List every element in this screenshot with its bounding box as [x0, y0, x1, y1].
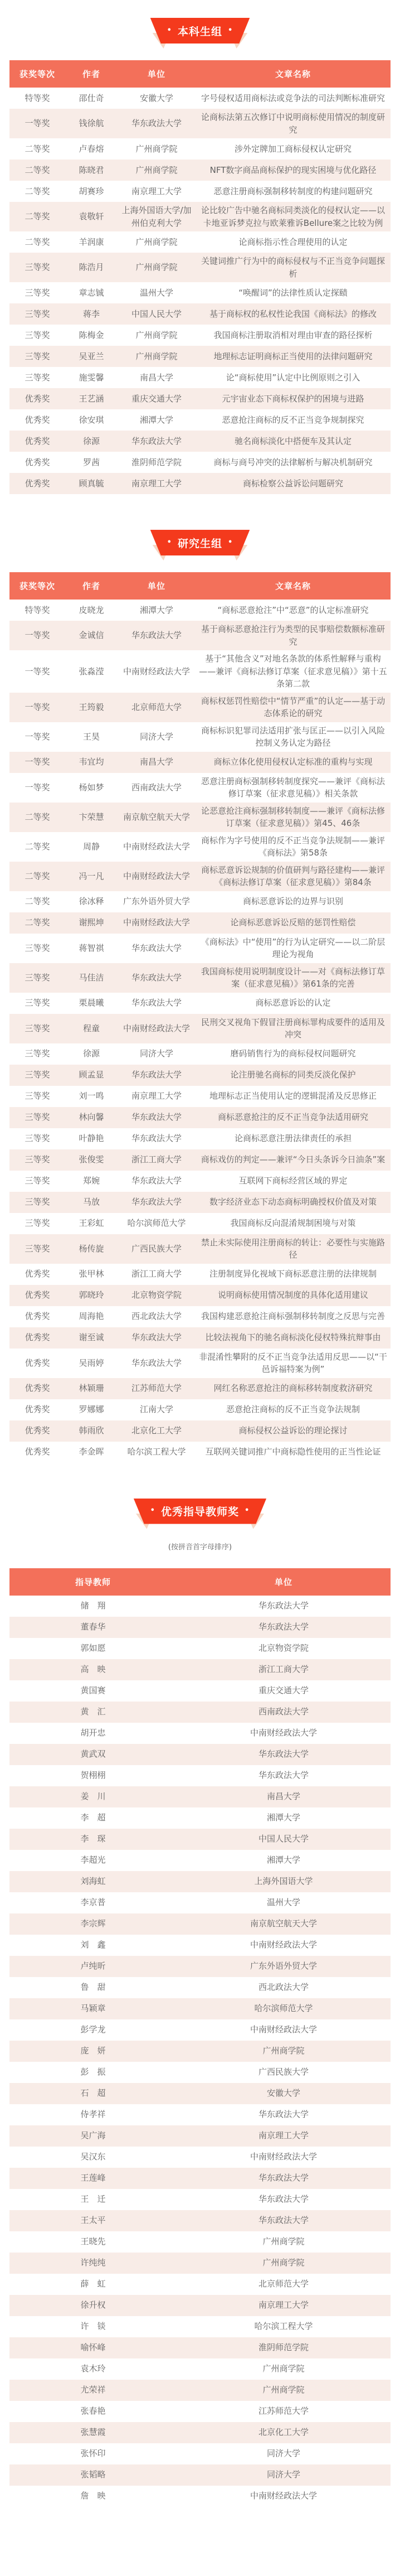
author-cell: 吴亚兰 [65, 346, 118, 367]
unit-cell: 广西民族大学 [118, 1234, 196, 1264]
unit-cell: 华东政法大学 [118, 1128, 196, 1149]
unit-cell: 安徽大学 [118, 88, 196, 109]
author-cell: 栗晨曦 [65, 993, 118, 1014]
article-title-cell: 商标作为字号使用的反不正当竞争法规制——兼评《商标法》第58条 [196, 832, 391, 862]
author-cell: 蒋李 [65, 303, 118, 325]
table-header-row: 获奖等次 作者 单位 文章名称 [9, 572, 391, 600]
unit-cell: 南京航空航天大学 [177, 1913, 391, 1935]
article-title-cell: 论商标恶意诉讼反赔的惩罚性赔偿 [196, 912, 391, 934]
table-row: 三等奖 陈浩月 广州商学院 关键词推广行为中的商标侵权与不正当竞争问题探析 [9, 253, 391, 282]
article-title-cell: 恶意抢注商标的反不正当竞争法规制 [196, 1399, 391, 1420]
table-row: 徐升权 南京理工大学 [9, 2295, 391, 2316]
table-row: 特等奖 皮晓龙 湘潭大学 “商标恶意抢注”中“恶意”的认定标准研究 [9, 600, 391, 621]
table-row: 黄国赛 重庆交通大学 [9, 1680, 391, 1702]
table-row: 一等奖 王昊 同济大学 商标标识犯罪司法适用扩张与匡正——以引入风险控制义务认定… [9, 722, 391, 752]
author-cell: 周海艳 [65, 1306, 118, 1327]
table-row: 喻怀峰 淮阴师范学院 [9, 2337, 391, 2358]
author-cell: 韩雨欣 [65, 1420, 118, 1442]
unit-cell: 温州大学 [177, 1892, 391, 1913]
bullet-dot-icon: • [245, 1507, 250, 1514]
table-row: 三等奖 郑婉 华东政法大学 互联网下商标经营区域的界定 [9, 1171, 391, 1192]
table-row: 优秀奖 王艺涵 重庆交通大学 元宇宙业态下商标权保护的困境与进路 [9, 388, 391, 409]
unit-cell: 华东政法大学 [118, 1171, 196, 1192]
table-row: 一等奖 杨如梦 西南政法大学 恶意注册商标强制移转制度探究——兼评《商标法修订草… [9, 773, 391, 803]
teacher-name-cell: 徐升权 [9, 2295, 177, 2316]
table-row: 二等奖 冯一凡 中南财经政法大学 商标恶意诉讼规制的价值研判与路径建构——兼评《… [9, 862, 391, 891]
section-graduate: • 研究生组 • 获奖等次 作者 单位 文章名称 特等奖 [0, 530, 400, 1463]
author-cell: 李金晖 [65, 1442, 118, 1463]
article-title-cell: 互联网下商标经营区域的界定 [196, 1171, 391, 1192]
award-level-cell: 二等奖 [9, 912, 65, 934]
unit-cell: 华东政法大学 [118, 993, 196, 1014]
table-row: 优秀奖 郭晓玲 北京物资学院 说明商标使用情况制度的具体化适用建议 [9, 1285, 391, 1306]
article-title-cell: 论恶意抢注商标强制移转制度——兼评《商标法修订草案（征求意见稿）》第45、46条 [196, 803, 391, 832]
article-title-cell: 论商标指示性合理使用的认定 [196, 231, 391, 253]
teacher-name-cell: 董春华 [9, 1617, 177, 1638]
award-level-cell: 优秀奖 [9, 1442, 65, 1463]
article-title-cell: 恶意抢注商标的反不正当竞争规制探究 [196, 409, 391, 431]
award-level-cell: 二等奖 [9, 891, 65, 912]
article-title-cell: 基于“其他含义”对地名条款的体系性解释与重构——兼评《商标法修订草案（征求意见稿… [196, 650, 391, 693]
teacher-name-cell: 储 翔 [9, 1596, 177, 1617]
teacher-name-cell: 尤荣祥 [9, 2380, 177, 2401]
article-title-cell: 地理标志正当使用认定的逻辑混淆及反思修正 [196, 1086, 391, 1107]
table-row: 姜 川 南昌大学 [9, 1786, 391, 1807]
table-row: 三等奖 施雯馨 南昌大学 论“商标使用”认定中比例原则之引入 [9, 367, 391, 388]
unit-cell: 江南大学 [118, 1399, 196, 1420]
sort-order-note: (按拼音首字母排序) [0, 1541, 400, 1552]
article-title-cell: 论商标恶意注册法律责任的承担 [196, 1128, 391, 1149]
unit-cell: 上海外国语大学 [177, 1871, 391, 1892]
table-row: 彭 振 广西民族大学 [9, 2062, 391, 2083]
author-cell: 刘一鸣 [65, 1086, 118, 1107]
author-cell: 王筠毅 [65, 693, 118, 722]
undergraduate-ribbon-badge: • 本科生组 • [150, 18, 250, 44]
unit-cell: 广州商学院 [118, 160, 196, 181]
unit-cell: 华东政法大学 [177, 2104, 391, 2125]
teacher-name-cell: 庞 妍 [9, 2041, 177, 2062]
author-cell: 陈梅金 [65, 325, 118, 346]
article-title-cell: 基于商标恶意抢注行为类型的民事赔偿数额标准研究 [196, 621, 391, 650]
award-level-cell: 三等奖 [9, 1213, 65, 1234]
award-level-cell: 三等奖 [9, 325, 65, 346]
unit-cell: 华东政法大学 [118, 621, 196, 650]
badge-face: • 优秀指导教师奖 • [134, 1499, 267, 1524]
author-cell: 胡赛珍 [65, 181, 118, 202]
teacher-name-cell: 王晓先 [9, 2231, 177, 2253]
table-row: 二等奖 谢熙坤 中南财经政法大学 论商标恶意诉讼反赔的惩罚性赔偿 [9, 912, 391, 934]
award-level-cell: 二等奖 [9, 138, 65, 160]
column-header-author: 作者 [65, 572, 118, 600]
author-cell: 叶静艳 [65, 1128, 118, 1149]
author-cell: 王昊 [65, 722, 118, 752]
award-level-cell: 三等奖 [9, 367, 65, 388]
author-cell: 张淼滢 [65, 650, 118, 693]
table-row: 三等奖 章志铖 温州大学 “唤醒词”的法律性质认定探赜 [9, 282, 391, 303]
table-row: 二等奖 胡赛珍 南京理工大学 恶意注册商标强制移转制度的构建问题研究 [9, 181, 391, 202]
teacher-name-cell: 贺栩栩 [9, 1765, 177, 1786]
award-level-cell: 三等奖 [9, 253, 65, 282]
badge-label: 研究生组 [178, 535, 222, 550]
teacher-name-cell: 黄国赛 [9, 1680, 177, 1702]
teacher-name-cell: 黄武双 [9, 1744, 177, 1765]
unit-cell: 华东政法大学 [177, 1596, 391, 1617]
author-cell: 陈晓君 [65, 160, 118, 181]
table-row: 三等奖 栗晨曦 华东政法大学 商标恶意诉讼的认定 [9, 993, 391, 1014]
article-title-cell: 地理标志证明商标正当使用的法律问题研究 [196, 346, 391, 367]
article-title-cell: 我国商标使用说明制度设计——对《商标法修订草案（征求意见稿）》第61条的完善 [196, 963, 391, 993]
unit-cell: 广州商学院 [118, 138, 196, 160]
award-level-cell: 二等奖 [9, 832, 65, 862]
teacher-name-cell: 刘 鑫 [9, 1935, 177, 1956]
article-title-cell: “商标恶意抢注”中“恶意”的认定标准研究 [196, 600, 391, 621]
table-row: 优秀奖 顾真毓 南京理工大学 商标检察公益诉讼问题研究 [9, 473, 391, 494]
teacher-name-cell: 张慧霞 [9, 2422, 177, 2443]
unit-cell: 广州商学院 [177, 2253, 391, 2274]
unit-cell: 北京化工大学 [118, 1420, 196, 1442]
table-row: 三等奖 林向馨 华东政法大学 商标恶意抢注的反不正当竞争法适用研究 [9, 1107, 391, 1128]
table-row: 张春艳 江苏师范大学 [9, 2401, 391, 2422]
column-header-title: 文章名称 [196, 572, 391, 600]
unit-cell: 广州商学院 [118, 231, 196, 253]
unit-cell: 南昌大学 [177, 1786, 391, 1807]
award-level-cell: 三等奖 [9, 934, 65, 963]
table-row: 李 超 湘潭大学 [9, 1807, 391, 1829]
unit-cell: 中国人民大学 [118, 303, 196, 325]
table-row: 董春华 华东政法大学 [9, 1617, 391, 1638]
award-level-cell: 三等奖 [9, 1107, 65, 1128]
unit-cell: 华东政法大学 [118, 934, 196, 963]
award-level-cell: 二等奖 [9, 160, 65, 181]
table-row: 黄 汇 西南政法大学 [9, 1702, 391, 1723]
unit-cell: 南京航空航天大学 [118, 803, 196, 832]
award-level-cell: 优秀奖 [9, 431, 65, 452]
award-level-cell: 一等奖 [9, 650, 65, 693]
table-row: 储 翔 华东政法大学 [9, 1596, 391, 1617]
bullet-dot-icon: • [228, 539, 233, 546]
award-level-cell: 三等奖 [9, 1192, 65, 1213]
author-cell: 林颖珊 [65, 1378, 118, 1399]
unit-cell: 西北政法大学 [118, 1306, 196, 1327]
unit-cell: 重庆交通大学 [118, 388, 196, 409]
table-row: 三等奖 蒋李 中国人民大学 基于商标权的私权性论我国《商标法》的修改 [9, 303, 391, 325]
unit-cell: 重庆交通大学 [177, 1680, 391, 1702]
section-advisors: • 优秀指导教师奖 • (按拼音首字母排序) 指导教师 单位 储 翔 华东政法大… [0, 1499, 400, 2507]
undergraduate-awards-table: 获奖等次 作者 单位 文章名称 特等奖 邵仕奇 安徽大学 字号侵权适用商标法或竞… [9, 60, 391, 494]
unit-cell: 华东政法大学 [118, 109, 196, 138]
article-title-cell: 商标标识犯罪司法适用扩张与匡正——以引入风险控制义务认定为路径 [196, 722, 391, 752]
author-cell: 罗娜娜 [65, 1399, 118, 1420]
table-row: 张慧霞 北京化工大学 [9, 2422, 391, 2443]
author-cell: 张甲林 [65, 1264, 118, 1285]
badge-label: 优秀指导教师奖 [161, 1504, 239, 1519]
advisors-table: 指导教师 单位 储 翔 华东政法大学 董春华 华东政法大学 [9, 1568, 391, 2507]
table-row: 三等奖 马放 华东政法大学 数字经济业态下动态商标明确授权价值及对策 [9, 1192, 391, 1213]
table-row: 二等奖 羊润康 广州商学院 论商标指示性合理使用的认定 [9, 231, 391, 253]
author-cell: 蒋智祺 [65, 934, 118, 963]
table-row: 二等奖 陈晓君 广州商学院 NFT数字商品商标保护的现实困境与优化路径 [9, 160, 391, 181]
author-cell: 卞荣慧 [65, 803, 118, 832]
teacher-name-cell: 高 映 [9, 1659, 177, 1680]
article-title-cell: 互联网关键词推广中商标隐性使用的正当性论证 [196, 1442, 391, 1463]
table-row: 郭如愿 北京物资学院 [9, 1638, 391, 1659]
author-cell: 袁敬轩 [65, 202, 118, 231]
unit-cell: 南昌大学 [118, 752, 196, 773]
table-row: 许纯纯 广州商学院 [9, 2253, 391, 2274]
unit-cell: 北京师范大学 [177, 2274, 391, 2295]
article-title-cell: 数字经济业态下动态商标明确授权价值及对策 [196, 1192, 391, 1213]
author-cell: 杨如梦 [65, 773, 118, 803]
article-title-cell: 我国构建恶意抢注商标强制移转制度之反思与完善 [196, 1306, 391, 1327]
unit-cell: 中南财经政法大学 [118, 862, 196, 891]
author-cell: 程童 [65, 1014, 118, 1043]
author-cell: 周静 [65, 832, 118, 862]
author-cell: 杨传旋 [65, 1234, 118, 1264]
table-row: 李 琛 中国人民大学 [9, 1829, 391, 1850]
unit-cell: 华东政法大学 [118, 431, 196, 452]
author-cell: 卢春熔 [65, 138, 118, 160]
unit-cell: 中国人民大学 [177, 1829, 391, 1850]
table-row: 贺栩栩 华东政法大学 [9, 1765, 391, 1786]
article-title-cell: “唤醒词”的法律性质认定探赜 [196, 282, 391, 303]
award-announcement-page: • 本科生组 • 获奖等次 作者 单位 文章名称 特等奖 [0, 0, 400, 2576]
column-header-teacher: 指导教师 [9, 1568, 177, 1596]
award-level-cell: 一等奖 [9, 693, 65, 722]
table-row: 二等奖 卢春熔 广州商学院 涉外定牌加工商标侵权认定研究 [9, 138, 391, 160]
table-row: 三等奖 王彩虹 哈尔滨师范大学 我国商标反向混淆规制困境与对策 [9, 1213, 391, 1234]
graduate-ribbon-badge: • 研究生组 • [150, 530, 250, 555]
unit-cell: 同济大学 [118, 722, 196, 752]
table-row: 李京普 温州大学 [9, 1892, 391, 1913]
article-title-cell: 禁止未实际使用注册商标的转让：必要性与实施路径 [196, 1234, 391, 1264]
article-title-cell: 注册制度异化视域下商标恶意注册的法律规制 [196, 1264, 391, 1285]
article-title-cell: 说明商标使用情况制度的具体化适用建议 [196, 1285, 391, 1306]
unit-cell: 广州商学院 [177, 2380, 391, 2401]
award-level-cell: 优秀奖 [9, 1306, 65, 1327]
article-title-cell: 基于商标权的私权性论我国《商标法》的修改 [196, 303, 391, 325]
table-row: 马颖章 哈尔滨师范大学 [9, 1998, 391, 2019]
unit-cell: 华东政法大学 [177, 2168, 391, 2189]
table-row: 二等奖 卞荣慧 南京航空航天大学 论恶意抢注商标强制移转制度——兼评《商标法修订… [9, 803, 391, 832]
author-cell: 陈浩月 [65, 253, 118, 282]
bullet-dot-icon: • [228, 27, 233, 34]
table-row: 三等奖 蒋智祺 华东政法大学 《商标法》中“使用”的行为认定研究——以二阶层理论… [9, 934, 391, 963]
author-cell: 谢熙坤 [65, 912, 118, 934]
table-row: 吴汉东 中南财经政法大学 [9, 2147, 391, 2168]
teacher-name-cell: 郭如愿 [9, 1638, 177, 1659]
award-level-cell: 优秀奖 [9, 1349, 65, 1378]
author-cell: 郭晓玲 [65, 1285, 118, 1306]
unit-cell: 北京物资学院 [118, 1285, 196, 1306]
teacher-name-cell: 张怀印 [9, 2443, 177, 2464]
unit-cell: 南京理工大学 [118, 473, 196, 494]
badge-label: 本科生组 [178, 23, 222, 38]
table-row: 三等奖 马佳洁 华东政法大学 我国商标使用说明制度设计——对《商标法修订草案（征… [9, 963, 391, 993]
unit-cell: 华东政法大学 [118, 1327, 196, 1349]
bullet-dot-icon: • [167, 27, 172, 34]
award-level-cell: 优秀奖 [9, 473, 65, 494]
award-level-cell: 三等奖 [9, 1043, 65, 1065]
column-header-author: 作者 [65, 60, 118, 88]
award-level-cell: 三等奖 [9, 993, 65, 1014]
table-row: 詹 映 中南财经政法大学 [9, 2486, 391, 2507]
award-level-cell: 二等奖 [9, 181, 65, 202]
article-title-cell: 商标恶意诉讼规制的价值研判与路径建构——兼评《商标法修订草案（征求意见稿）》第8… [196, 862, 391, 891]
table-row: 优秀奖 罗娜娜 江南大学 恶意抢注商标的反不正当竞争法规制 [9, 1399, 391, 1420]
article-title-cell: 商标戏仿的判定——兼评“今日头条诉今日油条”案 [196, 1149, 391, 1171]
unit-cell: 中南财经政法大学 [177, 2486, 391, 2507]
unit-cell: 中南财经政法大学 [177, 2019, 391, 2041]
unit-cell: 江苏师范大学 [177, 2401, 391, 2422]
article-title-cell: 商标权惩罚性赔偿中“情节严重”的认定——基于动态体系论的研究 [196, 693, 391, 722]
table-row: 胡开忠 中南财经政法大学 [9, 1723, 391, 1744]
unit-cell: 华东政法大学 [118, 1192, 196, 1213]
table-row: 刘 鑫 中南财经政法大学 [9, 1935, 391, 1956]
author-cell: 章志铖 [65, 282, 118, 303]
award-level-cell: 优秀奖 [9, 1264, 65, 1285]
award-level-cell: 优秀奖 [9, 1327, 65, 1349]
table-row: 李超光 湘潭大学 [9, 1850, 391, 1871]
badge-face: • 本科生组 • [150, 18, 250, 44]
teacher-name-cell: 王莲峰 [9, 2168, 177, 2189]
unit-cell: 中南财经政法大学 [118, 832, 196, 862]
teacher-name-cell: 詹 映 [9, 2486, 177, 2507]
table-row: 庞 妍 广州商学院 [9, 2041, 391, 2062]
table-row: 吴广海 南京理工大学 [9, 2125, 391, 2147]
award-level-cell: 一等奖 [9, 621, 65, 650]
teacher-name-cell: 张春艳 [9, 2401, 177, 2422]
unit-cell: 淮阴师范学院 [177, 2337, 391, 2358]
table-row: 优秀奖 吴雨婷 华东政法大学 非混淆性攀附的反不正当竞争法适用反思——以“干邑诉… [9, 1349, 391, 1378]
column-header-unit: 单位 [177, 1568, 391, 1596]
article-title-cell: 字号侵权适用商标法或竞争法的司法判断标准研究 [196, 88, 391, 109]
unit-cell: 广州商学院 [118, 325, 196, 346]
unit-cell: 同济大学 [177, 2443, 391, 2464]
table-row: 一等奖 钱徐航 华东政法大学 论商标法第五次修订中说明商标使用情况的制度研究 [9, 109, 391, 138]
author-cell: 徐源 [65, 431, 118, 452]
table-row: 二等奖 袁敬轩 上海外国语大学/加州伯克利大学 论比较广告中驰名商标同类淡化的侵… [9, 202, 391, 231]
award-level-cell: 特等奖 [9, 88, 65, 109]
unit-cell: 中南财经政法大学 [118, 1014, 196, 1043]
article-title-cell: 论注册驰名商标的同类反淡化保护 [196, 1065, 391, 1086]
bullet-dot-icon: • [167, 539, 172, 546]
unit-cell: 中南财经政法大学 [177, 2147, 391, 2168]
unit-cell: 华东政法大学 [177, 2210, 391, 2231]
award-level-cell: 一等奖 [9, 109, 65, 138]
teacher-name-cell: 侍孝祥 [9, 2104, 177, 2125]
table-row: 优秀奖 张甲林 浙江工商大学 注册制度异化视域下商标恶意注册的法律规制 [9, 1264, 391, 1285]
teacher-name-cell: 李宗辉 [9, 1913, 177, 1935]
table-row: 王 迁 华东政法大学 [9, 2189, 391, 2210]
table-row: 二等奖 徐冰释 广东外语外贸大学 商标恶意诉讼的边界与识别 [9, 891, 391, 912]
teacher-name-cell: 吴广海 [9, 2125, 177, 2147]
unit-cell: 湘潭大学 [118, 600, 196, 621]
author-cell: 皮晓龙 [65, 600, 118, 621]
table-row: 三等奖 徐源 同济大学 磨码销售行为的商标侵权问题研究 [9, 1043, 391, 1065]
award-level-cell: 优秀奖 [9, 452, 65, 473]
table-row: 三等奖 杨传旋 广西民族大学 禁止未实际使用注册商标的转让：必要性与实施路径 [9, 1234, 391, 1264]
article-title-cell: 《商标法》中“使用”的行为认定研究——以二阶层理论为视角 [196, 934, 391, 963]
table-row: 三等奖 陈梅金 广州商学院 我国商标注册取消相对理由审查的路径探析 [9, 325, 391, 346]
table-row: 一等奖 张淼滢 中南财经政法大学 基于“其他含义”对地名条款的体系性解释与重构—… [9, 650, 391, 693]
award-level-cell: 三等奖 [9, 1128, 65, 1149]
unit-cell: 湘潭大学 [177, 1807, 391, 1829]
teacher-name-cell: 卢纯昕 [9, 1956, 177, 1977]
table-row: 尤荣祥 广州商学院 [9, 2380, 391, 2401]
article-title-cell: 关键词推广行为中的商标侵权与不正当竞争问题探析 [196, 253, 391, 282]
teacher-name-cell: 张韬略 [9, 2464, 177, 2486]
article-title-cell: 磨码销售行为的商标侵权问题研究 [196, 1043, 391, 1065]
award-level-cell: 一等奖 [9, 752, 65, 773]
table-row: 优秀奖 徐源 华东政法大学 驰名商标淡化中搭便车及其认定 [9, 431, 391, 452]
teacher-name-cell: 许纯纯 [9, 2253, 177, 2274]
unit-cell: 南昌大学 [118, 367, 196, 388]
teacher-name-cell: 吴汉东 [9, 2147, 177, 2168]
teacher-name-cell: 薛 虹 [9, 2274, 177, 2295]
table-row: 薛 虹 北京师范大学 [9, 2274, 391, 2295]
table-row: 三等奖 顾孟显 华东政法大学 论注册驰名商标的同类反淡化保护 [9, 1065, 391, 1086]
article-title-cell: 商标与商号冲突的法律解析与解决机制研究 [196, 452, 391, 473]
table-row: 特等奖 邵仕奇 安徽大学 字号侵权适用商标法或竞争法的司法判断标准研究 [9, 88, 391, 109]
table-row: 李宗辉 南京航空航天大学 [9, 1913, 391, 1935]
teacher-name-cell: 李 琛 [9, 1829, 177, 1850]
unit-cell: 西南政法大学 [177, 1702, 391, 1723]
teacher-name-cell: 鲁 甜 [9, 1977, 177, 1998]
table-row: 许 锬 哈尔滨工程大学 [9, 2316, 391, 2337]
teacher-name-cell: 刘海虹 [9, 1871, 177, 1892]
unit-cell: 哈尔滨师范大学 [118, 1213, 196, 1234]
award-level-cell: 三等奖 [9, 1065, 65, 1086]
author-cell: 吴雨婷 [65, 1349, 118, 1378]
article-title-cell: 驰名商标淡化中搭便车及其认定 [196, 431, 391, 452]
section-undergraduate: • 本科生组 • 获奖等次 作者 单位 文章名称 特等奖 [0, 18, 400, 494]
table-row: 侍孝祥 华东政法大学 [9, 2104, 391, 2125]
table-row: 二等奖 周静 中南财经政法大学 商标作为字号使用的反不正当竞争法规制——兼评《商… [9, 832, 391, 862]
table-row: 卢纯昕 广东外语外贸大学 [9, 1956, 391, 1977]
award-level-cell: 二等奖 [9, 202, 65, 231]
unit-cell: 南京理工大学 [177, 2125, 391, 2147]
award-level-cell: 优秀奖 [9, 388, 65, 409]
table-row: 三等奖 程童 中南财经政法大学 民刑交叉视角下假冒注册商标罪构成要件的适用及冲突 [9, 1014, 391, 1043]
unit-cell: 哈尔滨师范大学 [177, 1998, 391, 2019]
table-row: 一等奖 金诚信 华东政法大学 基于商标恶意抢注行为类型的民事赔偿数额标准研究 [9, 621, 391, 650]
unit-cell: 哈尔滨工程大学 [177, 2316, 391, 2337]
table-row: 刘海虹 上海外国语大学 [9, 1871, 391, 1892]
article-title-cell: 商标立体化使用侵权认定标准的重构与实现 [196, 752, 391, 773]
article-title-cell: 商标检察公益诉讼问题研究 [196, 473, 391, 494]
award-level-cell: 优秀奖 [9, 1285, 65, 1306]
author-cell: 韦宜均 [65, 752, 118, 773]
teacher-name-cell: 姜 川 [9, 1786, 177, 1807]
author-cell: 金诚信 [65, 621, 118, 650]
table-row: 优秀奖 林颖珊 江苏师范大学 网红名称恶意抢注的商标移转制度救济研究 [9, 1378, 391, 1399]
table-row: 优秀奖 韩雨欣 北京化工大学 商标侵权公益诉讼的理论探讨 [9, 1420, 391, 1442]
graduate-awards-table: 获奖等次 作者 单位 文章名称 特等奖 皮晓龙 湘潭大学 “商标恶意抢注”中“恶… [9, 572, 391, 1463]
unit-cell: 同济大学 [177, 2464, 391, 2486]
teacher-name-cell: 胡开忠 [9, 1723, 177, 1744]
unit-cell: 同济大学 [118, 1043, 196, 1065]
teacher-name-cell: 袁木玲 [9, 2358, 177, 2380]
article-title-cell: 论“商标使用”认定中比例原则之引入 [196, 367, 391, 388]
author-cell: 徐冰释 [65, 891, 118, 912]
table-row: 一等奖 王筠毅 北京师范大学 商标权惩罚性赔偿中“情节严重”的认定——基于动态体… [9, 693, 391, 722]
author-cell: 顾真毓 [65, 473, 118, 494]
unit-cell: 安徽大学 [177, 2083, 391, 2104]
column-header-unit: 单位 [118, 572, 196, 600]
table-row: 黄武双 华东政法大学 [9, 1744, 391, 1765]
author-cell: 羊润康 [65, 231, 118, 253]
table-row: 优秀奖 周海艳 西北政法大学 我国构建恶意抢注商标强制移转制度之反思与完善 [9, 1306, 391, 1327]
